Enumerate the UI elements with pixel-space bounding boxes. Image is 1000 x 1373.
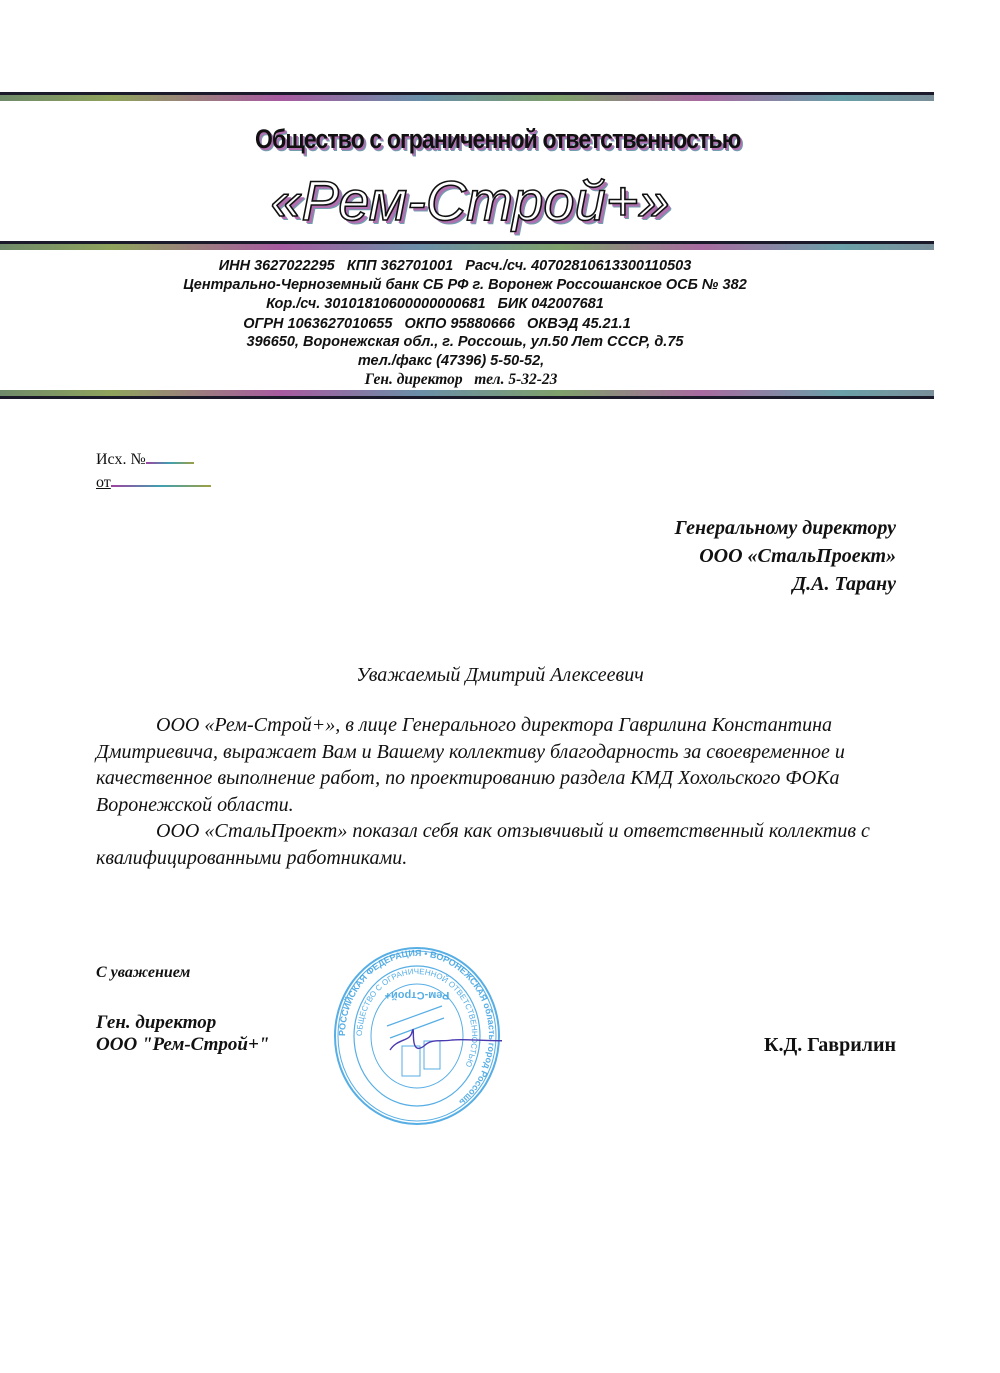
addressee-name: Д.А. Тарану bbox=[675, 570, 896, 598]
signer-company: ООО "Рем-Строй+" bbox=[96, 1034, 269, 1056]
requisites-line-2: Центрально-Черноземный банк СБ РФ г. Вор… bbox=[0, 277, 930, 293]
letterhead-bottom-rule bbox=[0, 390, 934, 399]
letterhead-top-rule bbox=[0, 92, 934, 101]
body-paragraph: ООО «СтальПроект» показал себя как отзыв… bbox=[96, 818, 886, 871]
signer-title: Ген. директор bbox=[96, 1012, 216, 1034]
outgoing-date-label: от bbox=[96, 474, 111, 491]
outgoing-number-label: Исх. № bbox=[96, 451, 146, 468]
outgoing-number: Исх. № bbox=[96, 451, 194, 469]
letterhead-middle-rule bbox=[0, 241, 934, 250]
greeting: Уважаемый Дмитрий Алексеевич bbox=[0, 664, 1000, 687]
letter-body: ООО «Рем-Строй+», в лице Генерального ди… bbox=[96, 712, 886, 871]
outgoing-date: от bbox=[96, 474, 211, 492]
svg-text:Рем-Строй+: Рем-Строй+ bbox=[385, 989, 450, 1001]
requisites-line-7: Ген. директор тел. 5-32-23 bbox=[0, 371, 926, 389]
requisites-line-1: ИНН 3627022295 КПП 362701001 Расч./сч. 4… bbox=[0, 258, 920, 274]
requisites-line-5: 396650, Воронежская обл., г. Россошь, ул… bbox=[0, 334, 930, 350]
organization-form: Общество с ограниченной ответственностью bbox=[73, 124, 923, 155]
signature-scribble bbox=[390, 1030, 502, 1050]
addressee-block: Генеральному директору ООО «СтальПроект»… bbox=[675, 514, 896, 598]
outgoing-number-blank bbox=[146, 462, 194, 464]
stamp-seal-icon: РОССИЙСКАЯ ФЕДЕРАЦИЯ • ВОРОНЕЖСКАЯ облас… bbox=[332, 946, 502, 1126]
signer-name: К.Д. Гаврилин bbox=[764, 1034, 896, 1057]
closing: С уважением bbox=[96, 964, 190, 982]
company-stamp: РОССИЙСКАЯ ФЕДЕРАЦИЯ • ВОРОНЕЖСКАЯ облас… bbox=[332, 946, 502, 1126]
requisites-line-4: ОГРН 1063627010655 ОКПО 95880666 ОКВЭД 4… bbox=[0, 316, 902, 332]
addressee-position: Генеральному директору bbox=[675, 514, 896, 542]
organization-name: «Рем-Строй+» bbox=[0, 168, 940, 233]
body-paragraph: ООО «Рем-Строй+», в лице Генерального ди… bbox=[96, 712, 886, 818]
requisites-line-3: Кор./сч. 30101810600000000681 БИК 042007… bbox=[0, 296, 900, 312]
requisites-line-6: тел./факс (47396) 5-50-52, bbox=[0, 353, 916, 369]
addressee-company: ООО «СтальПроект» bbox=[675, 542, 896, 570]
outgoing-date-blank bbox=[111, 485, 211, 487]
